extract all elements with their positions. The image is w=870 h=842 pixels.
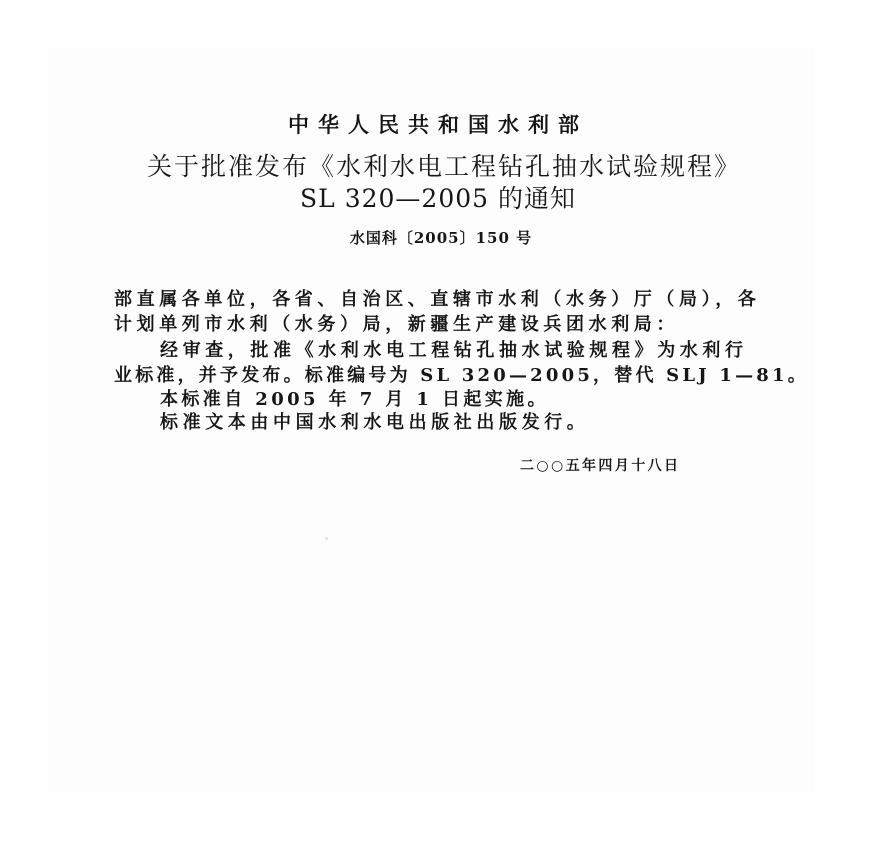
body-line-approval-1: 经审查，批准《水利水电工程钻孔抽水试验规程》为水利行	[160, 342, 748, 360]
body-line-addressees-1: 部直属各单位，各省、自治区、直辖市水利（水务）厅（局），各	[114, 291, 760, 309]
body-line-addressees-2: 计划单列市水利（水务）局，新疆生产建设兵团水利局：	[114, 316, 679, 334]
body-line-approval-2: 业标准，并予发布。标准编号为 SL 320—2005，替代 SLJ 1—81。	[114, 367, 809, 385]
notice-title-line-1: 关于批准发布《水利水电工程钻孔抽水试验规程》	[0, 154, 870, 179]
issuer-heading: 中华人民共和国水利部	[0, 114, 870, 135]
document-number: 水国科〔2005〕150 号	[0, 231, 870, 246]
issue-date: 二○○五年四月十八日	[520, 459, 680, 473]
scan-speck	[325, 537, 328, 540]
notice-title-line-2: SL 320—2005 的通知	[0, 186, 870, 211]
body-line-publisher: 标准文本由中国水利水电出版社出版发行。	[160, 414, 589, 432]
body-line-effective-date: 本标准自 2005 年 7 月 1 日起实施。	[160, 391, 549, 409]
